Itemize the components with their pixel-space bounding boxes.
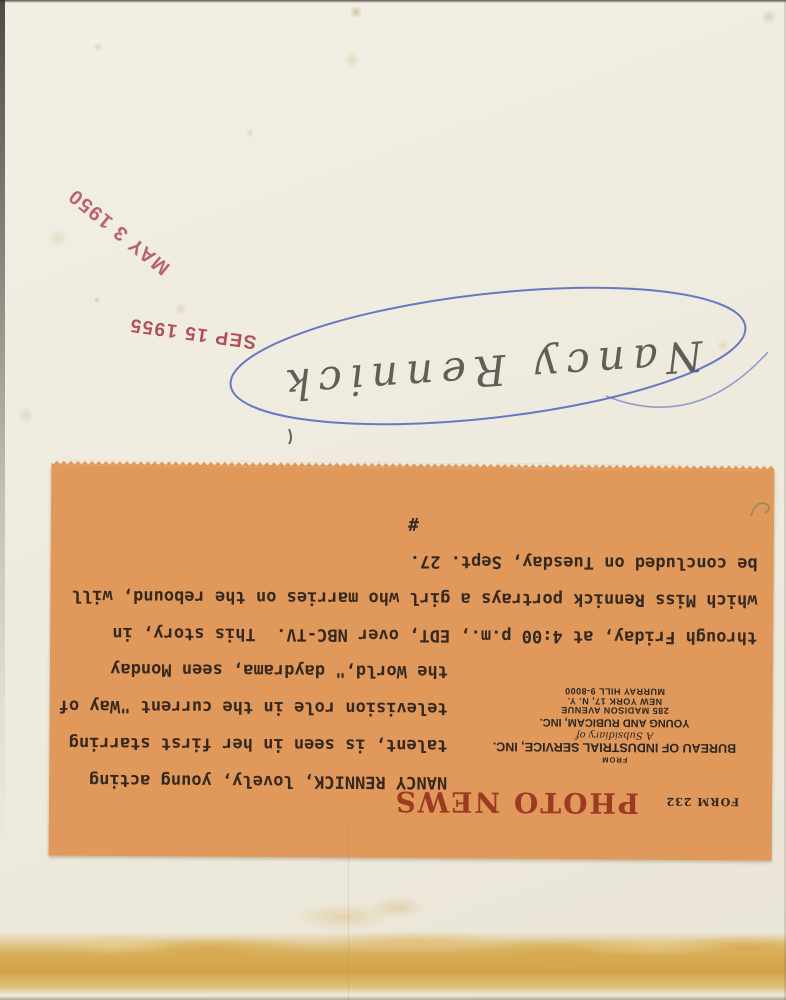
typed-paragraph-narrow: NANCY RENNICK, lovely, young acting tale… <box>58 650 448 801</box>
typed-line: which Miss Rennick portrays a girl who m… <box>72 577 758 619</box>
typed-line: NANCY RENNICK, lovely, young acting <box>58 761 447 801</box>
slip-form-number: FORM 232 <box>665 795 739 809</box>
letterhead-from-label: FROM <box>489 755 739 765</box>
slip-letterhead: FROM BUREAU OF INDUSTRIAL SERVICE, INC. … <box>489 685 740 764</box>
photo-verso: MAY 3 1950 SEP 15 1955 Nancy Rennick FOR… <box>0 0 786 1000</box>
typed-line: television role in the current "Way of <box>59 687 448 727</box>
photo-edge-top <box>0 0 786 3</box>
glue-stain <box>0 932 786 994</box>
letterhead-company: BUREAU OF INDUSTRIAL SERVICE, INC. <box>489 740 739 755</box>
press-slip: FORM 232 PHOTO NEWS FROM BUREAU OF INDUS… <box>49 465 775 860</box>
photo-edge-bottom <box>0 996 786 1000</box>
letterhead-parent-company: YOUNG AND RUBICAM, INC. <box>490 715 740 728</box>
typed-line: the World," daydrama, seen Monday <box>59 650 448 690</box>
photo-edge-left <box>0 0 5 1000</box>
typed-line: talent, is seen in her first starring <box>58 724 447 764</box>
letterhead-subsidiary-note: A Subsidiary of <box>489 728 739 740</box>
end-mark: # <box>408 513 419 534</box>
typed-line: be concluded on Tuesday, Sept. 27. <box>72 540 758 582</box>
typed-paragraph-wide: through Friday, at 4:00 p.m., EDT, over … <box>71 540 758 656</box>
typed-line: through Friday, at 4:00 p.m., EDT, over … <box>71 614 757 656</box>
paper-crease <box>348 824 349 1000</box>
letterhead-phone: MURRAY HILL 9-8000 <box>490 685 740 696</box>
